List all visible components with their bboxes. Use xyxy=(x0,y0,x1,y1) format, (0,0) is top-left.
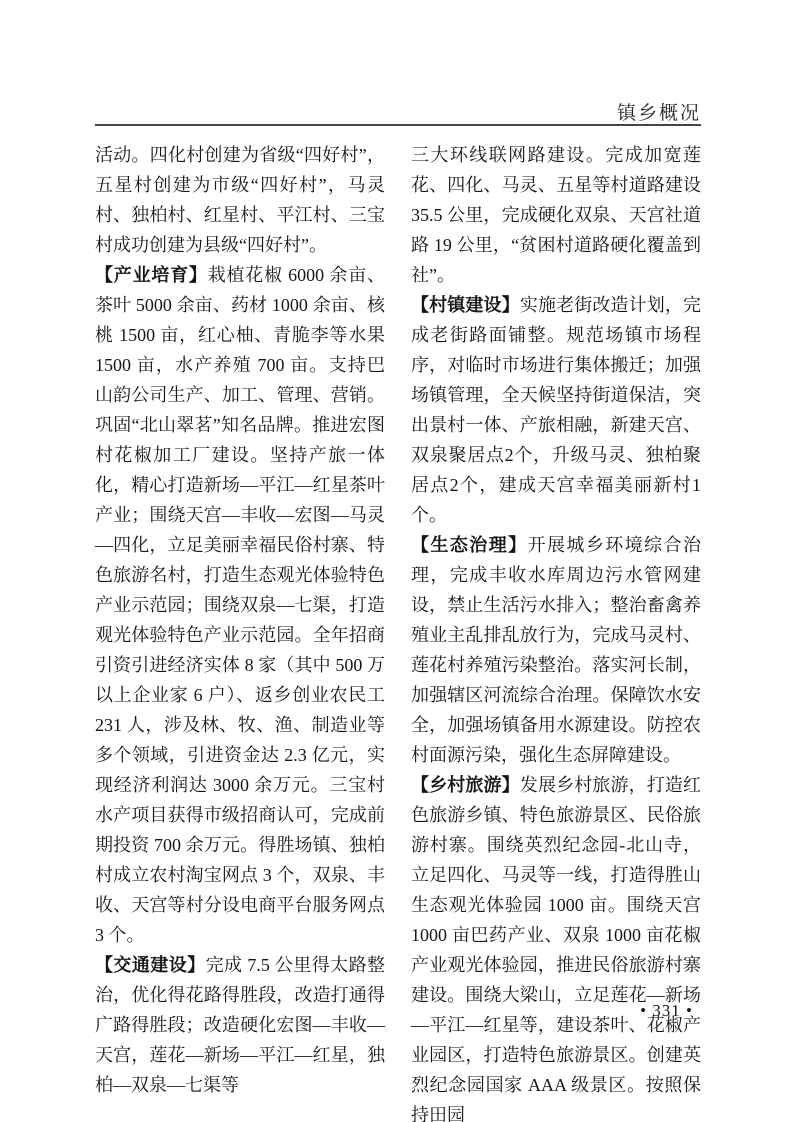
section-header: 【村镇建设】 xyxy=(411,295,520,315)
paragraph: 【生态治理】开展城乡环境综合治理，完成丰收水库周边污水管网建设，禁止生活污水排入… xyxy=(411,530,701,770)
paragraph: 【村镇建设】实施老街改造计划，完成老街路面铺整。规范场镇市场程序，对临时市场进行… xyxy=(411,290,701,530)
paragraph: 三大环线联网路建设。完成加宽莲花、四化、马灵、五星等村道路建设 35.5 公里，… xyxy=(411,140,701,290)
page-number-text: • 331 • xyxy=(640,1001,693,1021)
page-number: • 331 • xyxy=(95,1001,701,1021)
paragraph: 活动。四化村创建为省级“四好村”，五星村创建为市级“四好村”，马灵村、独柏村、红… xyxy=(95,140,385,260)
column-left: 活动。四化村创建为省级“四好村”，五星村创建为市级“四好村”，马灵村、独柏村、红… xyxy=(95,140,385,1122)
page-header-title: 镇乡概况 xyxy=(95,98,701,125)
header-rule xyxy=(95,124,701,126)
section-header: 【产业培育】 xyxy=(95,265,208,285)
document-page: 镇乡概况 活动。四化村创建为省级“四好村”，五星村创建为市级“四好村”，马灵村、… xyxy=(0,0,793,1122)
paragraph: 【交通建设】完成 7.5 公里得太路整治，优化得花路得胜段，改造打通得广路得胜段… xyxy=(95,950,385,1100)
page-content: 活动。四化村创建为省级“四好村”，五星村创建为市级“四好村”，马灵村、独柏村、红… xyxy=(95,140,701,1122)
column-right: 三大环线联网路建设。完成加宽莲花、四化、马灵、五星等村道路建设 35.5 公里，… xyxy=(411,140,701,1122)
paragraph: 【产业培育】栽植花椒 6000 余亩、茶叶 5000 余亩、药材 1000 余亩… xyxy=(95,260,385,950)
section-header: 【生态治理】 xyxy=(411,535,528,555)
section-header: 【交通建设】 xyxy=(95,955,206,975)
section-header: 【乡村旅游】 xyxy=(411,775,520,795)
paragraph: 【乡村旅游】发展乡村旅游，打造红色旅游乡镇、特色旅游景区、民俗旅游村寨。围绕英烈… xyxy=(411,770,701,1122)
